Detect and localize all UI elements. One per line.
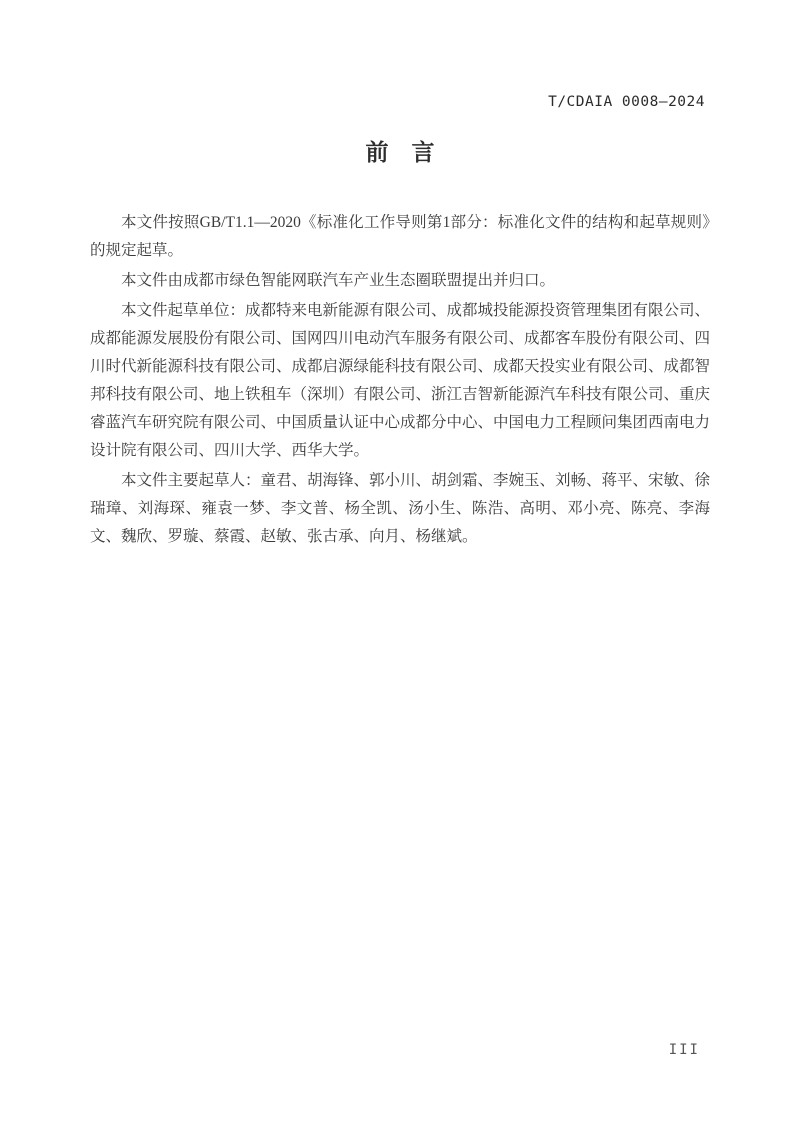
paragraph-main-drafters: 本文件主要起草人：童君、胡海锋、郭小川、胡剑霜、李婉玉、刘畅、蒋平、宋敏、徐瑞璋…	[90, 467, 710, 551]
document-page: T/CDAIA 0008—2024 前 言 本文件按照GB/T1.1—2020《…	[0, 0, 800, 1131]
paragraph-drafting-basis: 本文件按照GB/T1.1—2020《标准化工作导则第1部分：标准化文件的结构和起…	[90, 209, 710, 265]
paragraph-drafting-organizations: 本文件起草单位：成都特来电新能源有限公司、成都城投能源投资管理集团有限公司、成都…	[90, 297, 710, 465]
page-title: 前 言	[0, 0, 800, 169]
foreword-body: 本文件按照GB/T1.1—2020《标准化工作导则第1部分：标准化文件的结构和起…	[90, 209, 710, 551]
page-number: III	[669, 1042, 700, 1058]
paragraph-proposing-body: 本文件由成都市绿色智能网联汽车产业生态圈联盟提出并归口。	[90, 267, 710, 295]
standard-number-header: T/CDAIA 0008—2024	[548, 94, 705, 110]
